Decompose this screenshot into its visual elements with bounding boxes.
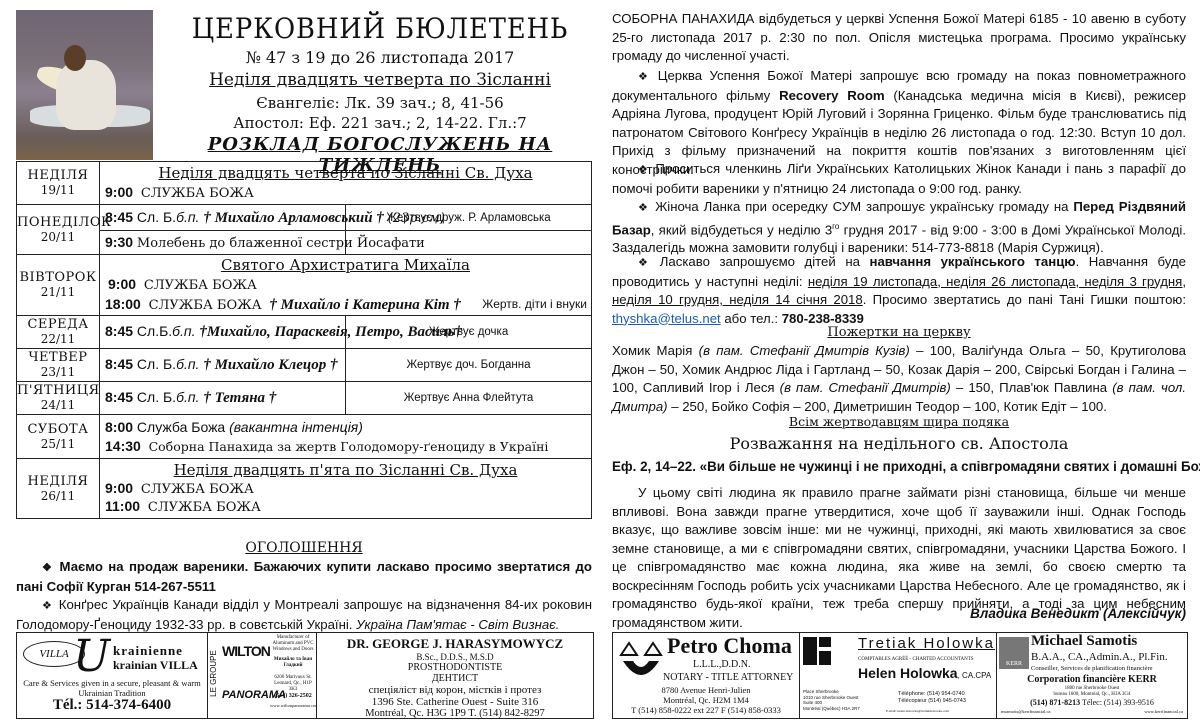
day-name: П'ЯТНИЦЯ bbox=[17, 383, 99, 398]
announcement-text: Жіноча Ланка при осередку СУМ запрошує у… bbox=[655, 199, 1068, 214]
day-cell: ВІВТОРОК21/11 bbox=[17, 255, 100, 316]
ad-kerr-samotis: KERR Michael Samotis B.A.A., CA.,Admin.A… bbox=[996, 632, 1188, 719]
service-cell: Неділя двадцять четверта по Зісланні Св.… bbox=[100, 162, 592, 205]
schedule-row-sunday-19: НЕДІЛЯ19/11 Неділя двадцять четверта по … bbox=[17, 162, 592, 205]
bulletin-title: ЦЕРКОВНИЙ БЮЛЕТЕНЬ bbox=[178, 12, 583, 45]
dentist-title-ua: ДЕНТИСТ bbox=[317, 673, 593, 684]
kerr-name: Michael Samotis bbox=[1031, 633, 1137, 650]
schedule-row-friday: П'ЯТНИЦЯ24/11 8:45 Сл. Б.б.п. † Тетяна †… bbox=[17, 382, 592, 415]
service-name: Служба Божа bbox=[137, 419, 225, 435]
day-name: СУБОТА bbox=[17, 422, 99, 437]
kerr-addr1: 1800 rue Sherbrooke Ouest bbox=[997, 686, 1187, 691]
announcement-holodomor: ❖Конґрес Українців Канади відділ у Монтр… bbox=[16, 596, 592, 634]
announcement-text: Ласкаво запрошуємо дітей на bbox=[660, 254, 860, 269]
service-time: 8:45 bbox=[105, 356, 133, 372]
day-date: 22/11 bbox=[17, 332, 99, 347]
wilton-side-label: LE GROUPE bbox=[209, 650, 218, 697]
donation-memorial-note: (в пам. Стефанії Дмитрів Кузів) bbox=[699, 343, 910, 358]
ad-villa-ukrainian: VILLA U krainienne krainian VILLA Care &… bbox=[16, 632, 208, 719]
kerr-credentials: B.A.A., CA.,Admin.A., Pl.Fin. bbox=[1031, 651, 1168, 663]
day-cell: НЕДІЛЯ19/11 bbox=[17, 162, 100, 205]
day-date: 19/11 bbox=[17, 183, 99, 198]
day-cell: П'ЯТНИЦЯ24/11 bbox=[17, 382, 100, 415]
ad-tretiak-holowka: Tretiak Holowka COMPTABLES AGRÉÉ - CHART… bbox=[799, 632, 997, 719]
service-time: 9:00 bbox=[105, 480, 133, 496]
announcement-slogan: Україна Пам'ятає - Світ Визнає. bbox=[356, 617, 559, 632]
apostle-reading: Апостол: Еф. 221 зач.; 2, 14-22. Гл.:7 bbox=[160, 114, 600, 132]
dentist-degrees: B.Sc., D.D.S., M.S.D bbox=[317, 652, 593, 662]
donation-text: – 250, Бойко Софія – 200, Диметришин Тео… bbox=[668, 399, 1107, 414]
service-abbr: Сл. Б. bbox=[137, 209, 176, 225]
tretiak-email: E-mail: helen.holowka@tretiakholowka.com bbox=[886, 709, 949, 713]
wilton-address: 6200 Marivaux St. Leonard, Qc., H1P 3K3 bbox=[270, 675, 316, 693]
service-abbr-italic: б.п. bbox=[172, 323, 195, 339]
wilton-desc: Manufacturer of Aluminum and PVC Windows… bbox=[270, 635, 316, 653]
service-time: 8:45 bbox=[105, 209, 133, 225]
feast-heading: Неділя двадцять п'ята по Зісланні Св. Ду… bbox=[100, 461, 591, 480]
tretiak-name: Helen Holowka bbox=[858, 665, 958, 681]
day-cell: ПОНЕДІЛОК20/11 bbox=[17, 205, 100, 255]
dentist-title-fr: PROSTHODONTISTE bbox=[317, 662, 593, 673]
feast-heading: Святого Архистратига Михаїла bbox=[100, 256, 591, 275]
day-date: 26/11 bbox=[17, 489, 99, 504]
service-line: 18:00 СЛУЖБА БОЖА † Михайло і Катерина К… bbox=[100, 295, 591, 315]
donor-cell: Жертвує доч. Богданна bbox=[346, 349, 592, 382]
service-name: СЛУЖБА БОЖА bbox=[141, 482, 254, 497]
service-time: 18:00 bbox=[105, 296, 141, 312]
schedule-row-monday: ПОНЕДІЛОК20/11 8:45 Сл. Б.б.п. † Михайло… bbox=[17, 205, 592, 231]
day-name: НЕДІЛЯ bbox=[17, 168, 99, 183]
day-cell: НЕДІЛЯ26/11 bbox=[17, 459, 100, 519]
service-line: 8:45 Сл. Б.б.п. † Михайло Арламовський †… bbox=[100, 208, 345, 228]
service-line: 9:00 СЛУЖБА БОЖА bbox=[100, 183, 591, 203]
service-line: 11:00 СЛУЖБА БОЖА bbox=[100, 498, 591, 516]
announcement-text: , який відбудеться у неділю 3 bbox=[651, 222, 832, 237]
intention-name: † Михайло і Катерина Кіт † bbox=[269, 297, 460, 313]
schedule-row-monday-2: 9:30 Молебень до блаженної сестри Йосафа… bbox=[17, 231, 592, 255]
villa-tagline: Care & Services given in a secure, pleas… bbox=[21, 678, 203, 698]
ad-dentist: DR. GEORGE J. HARASYMOWYCZ B.Sc., D.D.S.… bbox=[316, 632, 594, 719]
service-line: 9:00 СЛУЖБА БОЖА bbox=[100, 275, 591, 295]
day-name: ВІВТОРОК bbox=[17, 270, 99, 285]
service-abbr: Сл. Б. bbox=[137, 389, 176, 405]
service-line: 9:30 Молебень до блаженної сестри Йосафа… bbox=[100, 233, 345, 253]
sunday-name: Неділя двадцять четверта по Зісланні bbox=[160, 70, 600, 90]
service-name: СЛУЖБА БОЖА bbox=[141, 186, 254, 201]
announcement-text: Маємо на продаж вареники. Бажаючих купит… bbox=[16, 559, 592, 594]
kerr-logo-icon: KERR bbox=[999, 637, 1029, 669]
reflection-signature: Владика Венедикт (Алексійчук) bbox=[612, 606, 1186, 621]
kerr-email: msamotis@kerrfinancial.ca bbox=[1001, 709, 1051, 714]
day-date: 21/11 bbox=[17, 285, 99, 300]
service-cell: 8:45 Сл. Б.б.п. † Тетяна † bbox=[100, 382, 346, 415]
service-time: 9:00 bbox=[108, 276, 136, 292]
day-name: НЕДІЛЯ bbox=[17, 474, 99, 489]
announcement-text: Проситься членкинь Ліґи Українських Като… bbox=[612, 161, 1186, 196]
donations-title: Пожертки на церкву bbox=[612, 325, 1186, 340]
day-cell: ЧЕТВЕР23/11 bbox=[17, 349, 100, 382]
announcements-title: ОГОЛОШЕННЯ bbox=[16, 540, 592, 556]
schedule-row-tuesday: ВІВТОРОК21/11 Святого Архистратига Михаї… bbox=[17, 255, 592, 316]
bullet-icon: ❖ bbox=[638, 71, 652, 83]
service-name: СЛУЖБА БОЖА bbox=[144, 278, 257, 293]
kerr-corporation: Corporation financière KERR bbox=[997, 674, 1187, 685]
service-time: 9:00 bbox=[105, 184, 133, 200]
wilton-phone: (514) 326-2502 bbox=[270, 693, 316, 699]
intention-name: † Михайло Клецор † bbox=[203, 357, 337, 373]
day-name: СЕРЕДА bbox=[17, 317, 99, 332]
service-line: 8:00 Служба Божа (вакантна інтенція) bbox=[100, 418, 591, 437]
donations-list: Хомик Марія (в пам. Стефанії Дмитрів Куз… bbox=[612, 342, 1186, 416]
choma-address: 8780 Avenue Henri-Julien bbox=[613, 685, 799, 695]
ad-wilton-panorama: LE GROUPE WILTON PANORAMA Manufacturer o… bbox=[207, 632, 317, 719]
tretiak-firm: Tretiak Holowka bbox=[858, 635, 995, 652]
intention-name: † Михайло Арламовський † bbox=[203, 210, 383, 226]
announcement-league: ❖Проситься членкинь Ліґи Українських Кат… bbox=[612, 160, 1186, 198]
intention-name: † Тетяна † bbox=[203, 390, 276, 406]
donation-memorial-note: (в пам. Стефанії Дмитрів) bbox=[780, 380, 951, 395]
issue-number: № 47 з 19 до 26 листопада 2017 bbox=[160, 48, 600, 67]
day-date: 20/11 bbox=[17, 230, 99, 245]
tretiak-credentials: , CA.CPA bbox=[958, 671, 992, 680]
donation-text: Хомик Марія bbox=[612, 343, 699, 358]
tretiak-fax: Télécopieur (514) 945-0743 bbox=[898, 698, 966, 705]
service-cell: Святого Архистратига Михаїла 9:00 СЛУЖБА… bbox=[100, 255, 592, 316]
ad-petro-choma: Petro Choma L.L.L.,D.D.N. NOTARY - TITLE… bbox=[612, 632, 800, 719]
gospel-reading: Євангеліє: Лк. 39 зач.; 8, 41-56 bbox=[160, 94, 600, 112]
day-cell: СУБОТА25/11 bbox=[17, 415, 100, 459]
choma-title: NOTARY - TITLE ATTORNEY bbox=[663, 672, 793, 683]
service-time: 8:45 bbox=[105, 323, 133, 339]
day-name: ПОНЕДІЛОК bbox=[17, 215, 99, 230]
service-time: 9:30 bbox=[105, 234, 133, 250]
reflection-title: Розважання на недільного св. Апостола bbox=[612, 434, 1186, 453]
day-date: 24/11 bbox=[17, 398, 99, 413]
service-line: 8:45 Сл. Б.б.п. † Тетяна † bbox=[100, 388, 345, 408]
service-cell: 8:00 Служба Божа (вакантна інтенція) 14:… bbox=[100, 415, 592, 459]
schedule-table: НЕДІЛЯ19/11 Неділя двадцять четверта по … bbox=[16, 161, 592, 519]
service-abbr-italic: б.п. bbox=[176, 209, 199, 225]
portrait-image bbox=[16, 10, 153, 160]
villa-line2: krainian VILLA bbox=[113, 658, 198, 673]
reflection-reference: Еф. 2, 14–22. «Ви більше не чужинці і не… bbox=[612, 459, 1186, 474]
service-time: 14:30 bbox=[105, 438, 141, 454]
intention-note: (вакантна інтенція) bbox=[229, 419, 363, 435]
email-link[interactable]: thyshka@telus.net bbox=[612, 311, 721, 326]
day-date: 23/11 bbox=[17, 365, 99, 380]
kerr-addr2: bureau 1600, Montréal, Qc., H3A 3G4 bbox=[997, 692, 1187, 697]
service-abbr-italic: б.п. bbox=[176, 356, 199, 372]
service-time: 8:45 bbox=[105, 389, 133, 405]
bullet-icon: ❖ bbox=[638, 257, 654, 269]
service-cell: 8:45 Сл. Б.б.п. † Михайло Клецор † bbox=[100, 349, 346, 382]
service-abbr: Сл. Б. bbox=[137, 356, 176, 372]
service-line: 8:45 Сл.Б.б.п. †Михайло, Параскевія, Пет… bbox=[100, 322, 345, 342]
film-title: Recovery Room bbox=[779, 88, 885, 103]
bullet-icon: ❖ bbox=[638, 164, 649, 176]
announcement-bazaar: ❖Жіноча Ланка при осередку СУМ запрошує … bbox=[612, 198, 1186, 258]
kerr-web: www.kerrfinancial.ca bbox=[1144, 709, 1183, 714]
choma-phone: T (514) 858-0222 ext 227 F (514) 858-033… bbox=[613, 705, 799, 715]
schedule-row-wednesday: СЕРЕДА22/11 8:45 Сл.Б.б.п. †Михайло, Пар… bbox=[17, 316, 592, 349]
dentist-city-phone: Montréal, Qc. H3G 1P9 T. (514) 842-8297 bbox=[317, 708, 593, 719]
villa-logo-letter: U bbox=[73, 632, 110, 682]
choma-name: Petro Choma bbox=[667, 633, 792, 659]
day-cell: СЕРЕДА22/11 bbox=[17, 316, 100, 349]
announcement-varenyky: ❖Маємо на продаж вареники. Бажаючих купи… bbox=[16, 558, 592, 596]
choma-city: Montréal, Qc. H2M 1M4 bbox=[613, 695, 799, 705]
wilton-brand: WILTON bbox=[222, 643, 270, 659]
service-abbr-italic: б.п. bbox=[176, 389, 199, 405]
bullet-icon: ❖ bbox=[42, 562, 54, 574]
bullet-icon: ❖ bbox=[638, 202, 649, 214]
kerr-role: Conseiller, Services de planification fi… bbox=[1031, 665, 1153, 672]
announcement-panakhyda: СОБОРНА ПАНАХИДА відбудеться у церкві Ус… bbox=[612, 10, 1186, 66]
tretiak-addr4: Montréal (Québec) H3A 2R7 bbox=[803, 706, 860, 712]
bullet-icon: ❖ bbox=[42, 600, 53, 612]
feast-heading: Неділя двадцять четверта по Зісланні Св.… bbox=[100, 164, 591, 183]
choma-degrees: L.L.L.,D.D.N. bbox=[693, 659, 751, 670]
service-cell: 8:45 Сл.Б.б.п. †Михайло, Параскевія, Пет… bbox=[100, 316, 346, 349]
service-time: 11:00 bbox=[105, 498, 140, 514]
service-line: 9:00 СЛУЖБА БОЖА bbox=[100, 480, 591, 498]
service-name: Молебень до блаженної сестри Йосафати bbox=[137, 236, 425, 251]
service-cell: 9:30 Молебень до блаженної сестри Йосафа… bbox=[100, 231, 346, 255]
announcement-text: . Просимо звертатись до пані Тані Гишки … bbox=[863, 292, 1186, 307]
dentist-specialty: спеціяліст від корон, містків і протез bbox=[317, 684, 593, 696]
day-name: ЧЕТВЕР bbox=[17, 350, 99, 365]
wilton-web: www.wiltonpanorama.com bbox=[270, 703, 316, 708]
kerr-phone: (514) 871-8213 bbox=[1030, 698, 1080, 707]
service-cell: Неділя двадцять п'ята по Зісланні Св. Ду… bbox=[100, 459, 592, 519]
donor-text: Жертв. діти і внуки bbox=[482, 295, 587, 315]
villa-line1: krainienne bbox=[113, 643, 183, 659]
donations-thanks: Всім жертводавцям щира подяка bbox=[612, 414, 1186, 429]
schedule-row-saturday: СУБОТА25/11 8:00 Служба Божа (вакантна і… bbox=[17, 415, 592, 459]
day-date: 25/11 bbox=[17, 437, 99, 452]
dance-title: навчання українського танцю bbox=[870, 254, 1076, 269]
announcement-text: або тел.: bbox=[721, 311, 782, 326]
dentist-address: 1396 Ste. Catherine Ouest - Suite 316 bbox=[317, 696, 593, 708]
announcement-dance: ❖Ласкаво запрошуємо дітей на навчання ук… bbox=[612, 253, 1186, 328]
scales-icon bbox=[619, 639, 663, 683]
service-name: СЛУЖБА БОЖА bbox=[148, 500, 261, 515]
tretiak-subtitle: COMPTABLES AGRÉÉ - CHARTED ACCOUNTANTS bbox=[858, 657, 974, 662]
service-name: СЛУЖБА БОЖА bbox=[149, 298, 262, 313]
tretiak-phone: Téléphone: (514) 954-0740 bbox=[898, 691, 966, 698]
service-cell: 8:45 Сл. Б.б.п. † Михайло Арламовський †… bbox=[100, 205, 346, 231]
wilton-owners: Михайло та Іван Гладкий bbox=[270, 657, 316, 669]
schedule-row-thursday: ЧЕТВЕР23/11 8:45 Сл. Б.б.п. † Михайло Кл… bbox=[17, 349, 592, 382]
donation-text: – 150, Плав'юк Павлина bbox=[951, 380, 1112, 395]
service-name: Соборна Панахида за жертв Голодомору-ґен… bbox=[149, 439, 549, 454]
villa-phone: Tél.: 514-374-6400 bbox=[17, 697, 207, 714]
schedule-row-sunday-26: НЕДІЛЯ26/11 Неділя двадцять п'ята по Зіс… bbox=[17, 459, 592, 519]
kerr-logo-text: KERR bbox=[999, 661, 1029, 667]
tretiak-logo-icon bbox=[803, 637, 831, 665]
service-line: 14:30 Соборна Панахида за жертв Голодомо… bbox=[100, 437, 591, 456]
service-line: 8:45 Сл. Б.б.п. † Михайло Клецор † bbox=[100, 355, 345, 375]
dentist-name: DR. GEORGE J. HARASYMOWYCZ bbox=[317, 636, 593, 652]
donor-cell: Жертвує Анна Флейтута bbox=[346, 382, 592, 415]
service-time: 8:00 bbox=[105, 419, 133, 435]
service-abbr: Сл.Б. bbox=[137, 323, 172, 339]
kerr-fax: Télec: (514) 393-9516 bbox=[1082, 698, 1154, 707]
phone-number: 780-238-8339 bbox=[782, 311, 864, 326]
intention-name: †Михайло, Параскевія, Петро, Василь† bbox=[199, 324, 462, 340]
